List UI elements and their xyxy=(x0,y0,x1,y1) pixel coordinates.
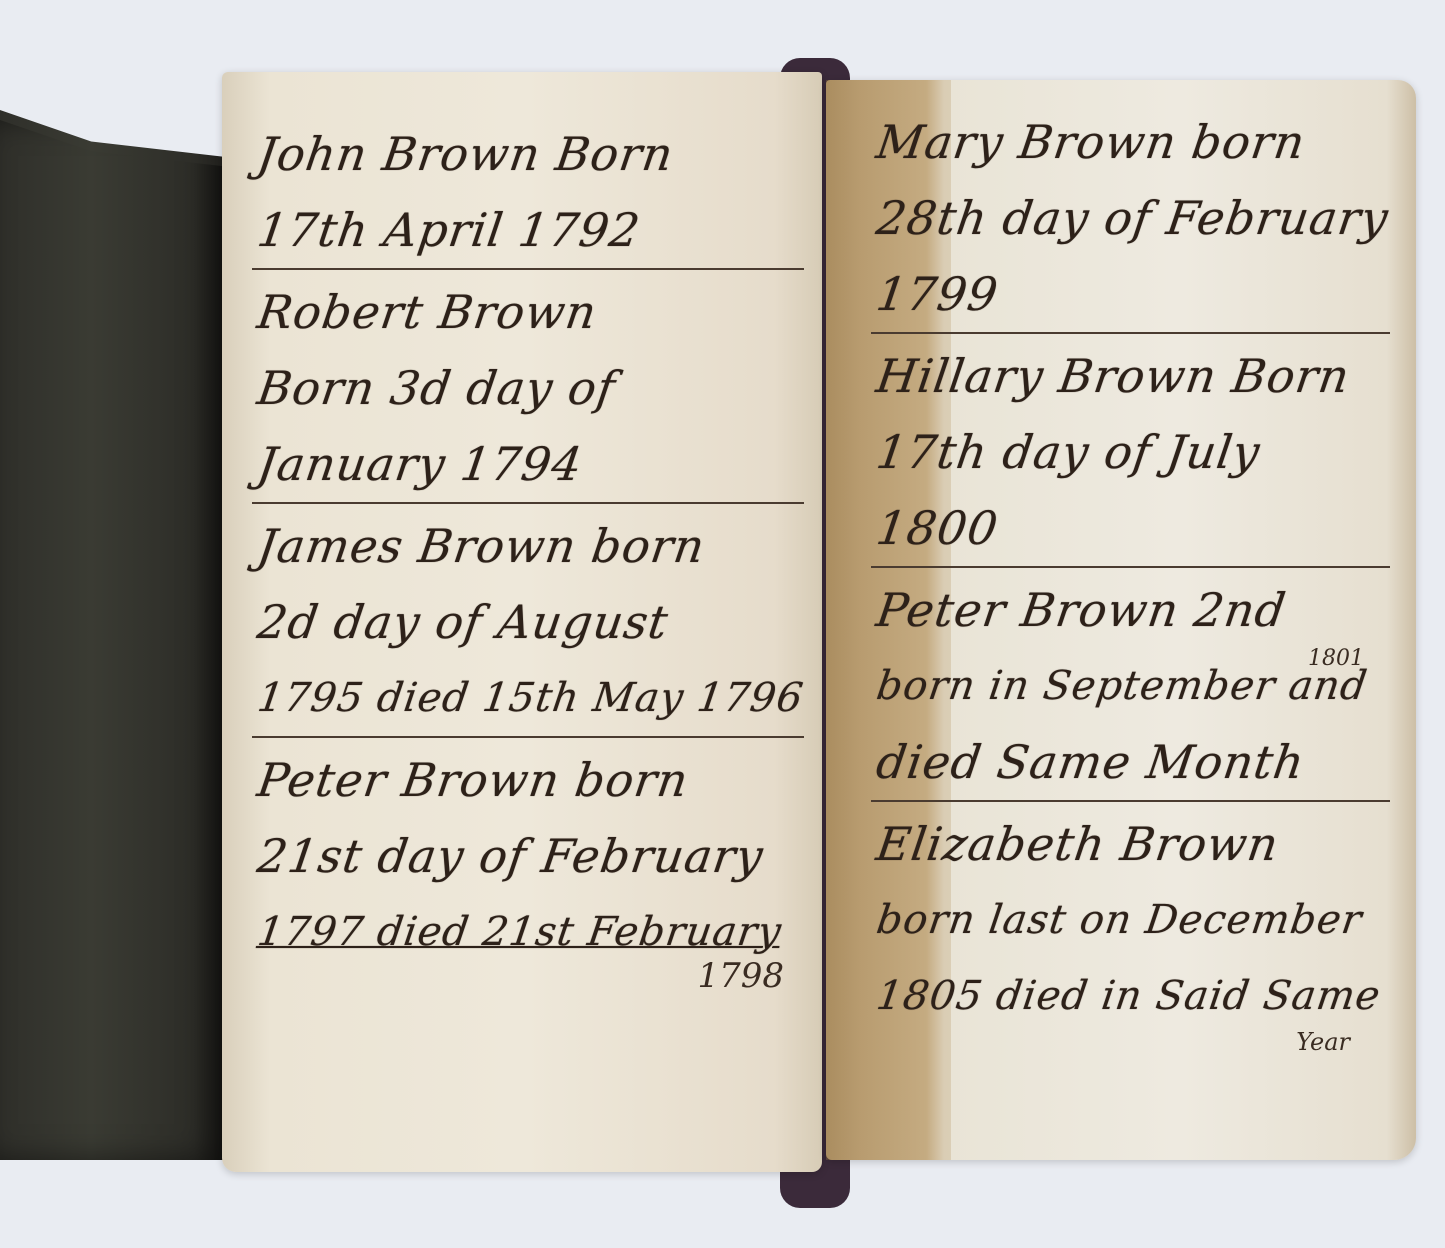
handwritten-line: Born 3d day of xyxy=(253,350,810,426)
handwritten-line: Mary Brown born xyxy=(872,104,1396,180)
handwritten-note-year: 1798 xyxy=(697,956,784,996)
record-entry-hillary: Hillary Brown Born 17th day of July 1800 xyxy=(871,334,1390,568)
handwritten-line: died Same Month xyxy=(872,724,1396,800)
handwritten-line: 28th day of February xyxy=(872,180,1396,256)
record-entry-elizabeth: Elizabeth Brown born last on December 18… xyxy=(871,802,1390,1034)
handwritten-line: Peter Brown 2nd xyxy=(872,572,1396,648)
right-page: Mary Brown born 28th day of February 179… xyxy=(826,80,1416,1160)
handwritten-line: January 1794 xyxy=(253,426,810,502)
record-entry-john: John Brown Born 17th April 1792 xyxy=(252,112,804,270)
handwritten-line: Robert Brown xyxy=(253,274,810,350)
record-entry-robert: Robert Brown Born 3d day of January 1794 xyxy=(252,270,804,504)
record-entry-peter-2nd: Peter Brown 2nd 1801 born in September a… xyxy=(871,568,1390,802)
handwritten-line: 1799 xyxy=(872,256,1396,332)
handwritten-line: 17th April 1792 xyxy=(253,192,810,268)
record-entry-james: James Brown born 2d day of August 1795 d… xyxy=(252,504,804,738)
handwritten-line: Elizabeth Brown xyxy=(872,806,1396,882)
handwritten-line: 1800 xyxy=(872,490,1396,566)
handwritten-line: 1805 died in Said Same xyxy=(872,958,1396,1034)
left-page: John Brown Born 17th April 1792 Robert B… xyxy=(222,72,822,1172)
handwritten-line: 1795 died 15th May 1796 xyxy=(253,660,810,736)
handwritten-line: 2d day of August xyxy=(253,584,810,660)
book-photo: John Brown Born 17th April 1792 Robert B… xyxy=(0,0,1445,1248)
handwritten-line: John Brown Born xyxy=(253,116,810,192)
handwritten-note-word: Year xyxy=(1296,1028,1350,1056)
handwritten-line: Peter Brown born xyxy=(253,742,810,818)
handwritten-line: born in September and xyxy=(872,648,1396,724)
cover-shadow xyxy=(0,120,228,1160)
handwritten-line: born last on December xyxy=(872,882,1396,958)
handwritten-line: 17th day of July xyxy=(872,414,1396,490)
handwritten-line: James Brown born xyxy=(253,508,810,584)
record-entry-peter: Peter Brown born 21st day of February 17… xyxy=(252,738,804,970)
handwritten-line: Hillary Brown Born xyxy=(872,338,1396,414)
record-entry-mary: Mary Brown born 28th day of February 179… xyxy=(871,100,1390,334)
handwritten-line: 21st day of February xyxy=(253,818,810,894)
